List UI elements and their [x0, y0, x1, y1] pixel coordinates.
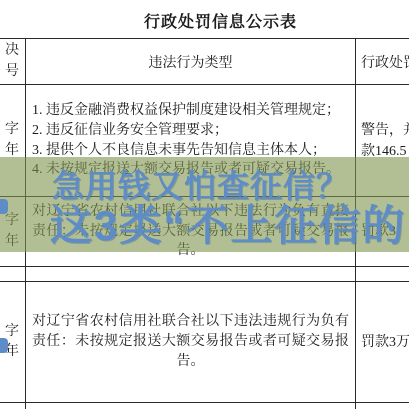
violation-cell: 对辽宁省农村信用社联合社以下违法违规行为负有责任：未按规定报送大额交易报告或者可…	[26, 282, 356, 403]
header-penalty: 行政处罚	[356, 39, 409, 85]
penalty-cell: 罚款3万	[356, 282, 409, 403]
header-doc-number: 决 号	[0, 39, 26, 85]
blue-edge-marker	[0, 338, 8, 353]
table-row-partial	[0, 403, 409, 409]
watermark-headline-line2: 这3类“不上征信的	[50, 193, 406, 253]
empty-cell	[0, 403, 26, 409]
page-title: 行政处罚信息公示表	[32, 9, 409, 32]
empty-cell	[26, 403, 356, 409]
screenshot-root: 行政处罚信息公示表 决 号 违法行为类型 行政处罚 字 年 1. 违反金融消费权…	[0, 0, 409, 409]
violation-item: 1. 违反金融消费权益保护制度建设相关管理规定；	[32, 101, 349, 121]
violation-item: 2. 违反征信业务安全管理要求；	[32, 121, 349, 141]
table-row: 字 年 对辽宁省农村信用社联合社以下违法违规行为负有责任：未按规定报送大额交易报…	[0, 282, 409, 403]
empty-cell	[356, 403, 409, 409]
table-header-row: 决 号 违法行为类型 行政处罚	[0, 39, 409, 85]
header-violation-type: 违法行为类型	[26, 39, 356, 85]
blue-edge-marker	[0, 199, 8, 214]
empty-cell	[356, 267, 409, 282]
table-spacer-row	[0, 267, 409, 282]
empty-cell	[0, 267, 26, 282]
empty-cell	[26, 267, 356, 282]
